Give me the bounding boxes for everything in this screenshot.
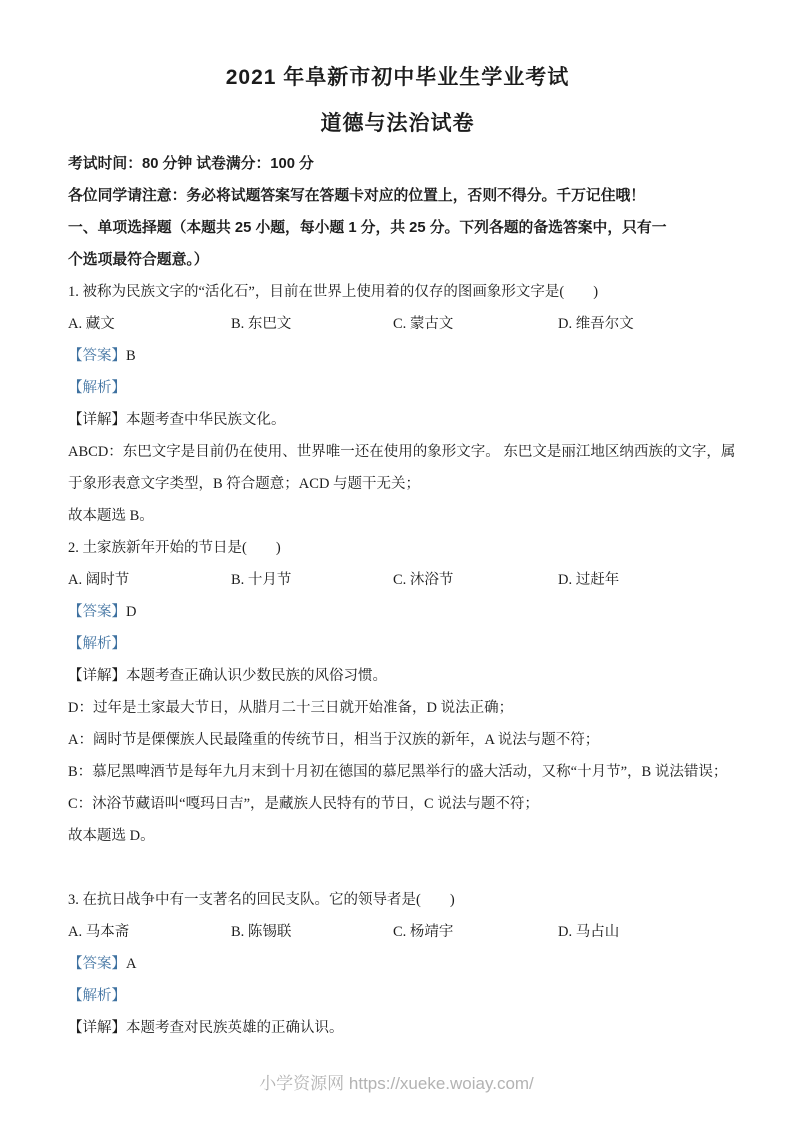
question-3-answer-value: A [126, 956, 136, 972]
question-3-explanation-line: 【详解】本题考查对民族英雄的正确认识。 [68, 1012, 727, 1044]
question-1-answer-value: B [126, 348, 136, 364]
question-2-option-b: B. 十月节 [231, 564, 393, 596]
analysis-label: 【解析】 [68, 636, 126, 652]
question-1-option-b: B. 东巴文 [231, 308, 393, 340]
question-1-option-a: A. 藏文 [68, 308, 231, 340]
question-2-answer-line: 【答案】D [68, 596, 727, 628]
answer-label: 【答案】 [68, 348, 126, 364]
question-3-option-a: A. 马本斋 [68, 916, 231, 948]
question-1-explanation-line: 故本题选 B。 [68, 500, 727, 532]
question-1-option-c: C. 蒙古文 [393, 308, 558, 340]
page-subtitle: 道德与法治试卷 [68, 108, 727, 140]
question-2-explanation-line: D：过年是土家最大节日，从腊月二十三日就开始准备，D 说法正确； [68, 692, 727, 724]
question-2-explanation-line: B：慕尼黑啤酒节是每年九月末到十月初在德国的慕尼黑举行的盛大活动，又称“十月节”… [68, 756, 727, 788]
footer-site-link[interactable]: 小学资源网 https://xueke.woiay.com/ [259, 1074, 534, 1093]
blank-line-spacer [68, 852, 727, 884]
question-2-option-c: C. 沐浴节 [393, 564, 558, 596]
question-2-stem: 2. 土家族新年开始的节日是( ) [68, 532, 727, 564]
question-2-explanation-line: C：沐浴节藏语叫“嘎玛日吉”，是藏族人民特有的节日，C 说法与题不符； [68, 788, 727, 820]
analysis-label: 【解析】 [68, 988, 126, 1004]
question-3-answer-line: 【答案】A [68, 948, 727, 980]
question-1-answer-line: 【答案】B [68, 340, 727, 372]
question-3-stem: 3. 在抗日战争中有一支著名的回民支队。它的领导者是( ) [68, 884, 727, 916]
question-2-options: A. 阔时节 B. 十月节 C. 沐浴节 D. 过赶年 [68, 564, 727, 596]
analysis-label: 【解析】 [68, 380, 126, 396]
section-title-line-1: 一、单项选择题（本题共 25 小题，每小题 1 分，共 25 分。下列各题的备选… [68, 212, 727, 244]
question-2-explanation-line: 【详解】本题考查正确认识少数民族的风俗习惯。 [68, 660, 727, 692]
exam-paper-page: 2021 年阜新市初中毕业生学业考试 道德与法治试卷 考试时间：80 分钟 试卷… [0, 0, 793, 1122]
question-3-option-c: C. 杨靖宇 [393, 916, 558, 948]
question-1-explanation-line: 于象形表意文字类型，B 符合题意；ACD 与题干无关； [68, 468, 727, 500]
answer-label: 【答案】 [68, 956, 126, 972]
question-2-answer-value: D [126, 604, 136, 620]
question-3-analysis-line: 【解析】 [68, 980, 727, 1012]
question-2-analysis-line: 【解析】 [68, 628, 727, 660]
exam-info: 考试时间：80 分钟 试卷满分：100 分 [68, 148, 727, 180]
student-notice: 各位同学请注意：务必将试题答案写在答题卡对应的位置上，否则不得分。千万记住哦！ [68, 180, 727, 212]
question-3-option-d: D. 马占山 [558, 916, 727, 948]
question-3-option-b: B. 陈锡联 [231, 916, 393, 948]
question-2-option-d: D. 过赶年 [558, 564, 727, 596]
question-1-options: A. 藏文 B. 东巴文 C. 蒙古文 D. 维吾尔文 [68, 308, 727, 340]
question-1-stem: 1. 被称为民族文字的“活化石”，目前在世界上使用着的仅存的图画象形文字是( ) [68, 276, 727, 308]
page-title: 2021 年阜新市初中毕业生学业考试 [68, 62, 727, 94]
question-2-explanation-line: A：阔时节是傈僳族人民最隆重的传统节日，相当于汉族的新年，A 说法与题不符； [68, 724, 727, 756]
section-title-line-2: 个选项最符合题意。） [68, 244, 727, 276]
question-3-options: A. 马本斋 B. 陈锡联 C. 杨靖宇 D. 马占山 [68, 916, 727, 948]
question-2-explanation-line: 故本题选 D。 [68, 820, 727, 852]
answer-label: 【答案】 [68, 604, 126, 620]
question-2-option-a: A. 阔时节 [68, 564, 231, 596]
question-1-explanation-line: 【详解】本题考查中华民族文化。 [68, 404, 727, 436]
question-1-explanation-line: ABCD：东巴文字是目前仍在使用、世界唯一还在使用的象形文字。 东巴文是丽江地区… [68, 436, 727, 468]
question-1-analysis-line: 【解析】 [68, 372, 727, 404]
question-1-option-d: D. 维吾尔文 [558, 308, 727, 340]
footer: 小学资源网 https://xueke.woiay.com/ [0, 1069, 793, 1094]
